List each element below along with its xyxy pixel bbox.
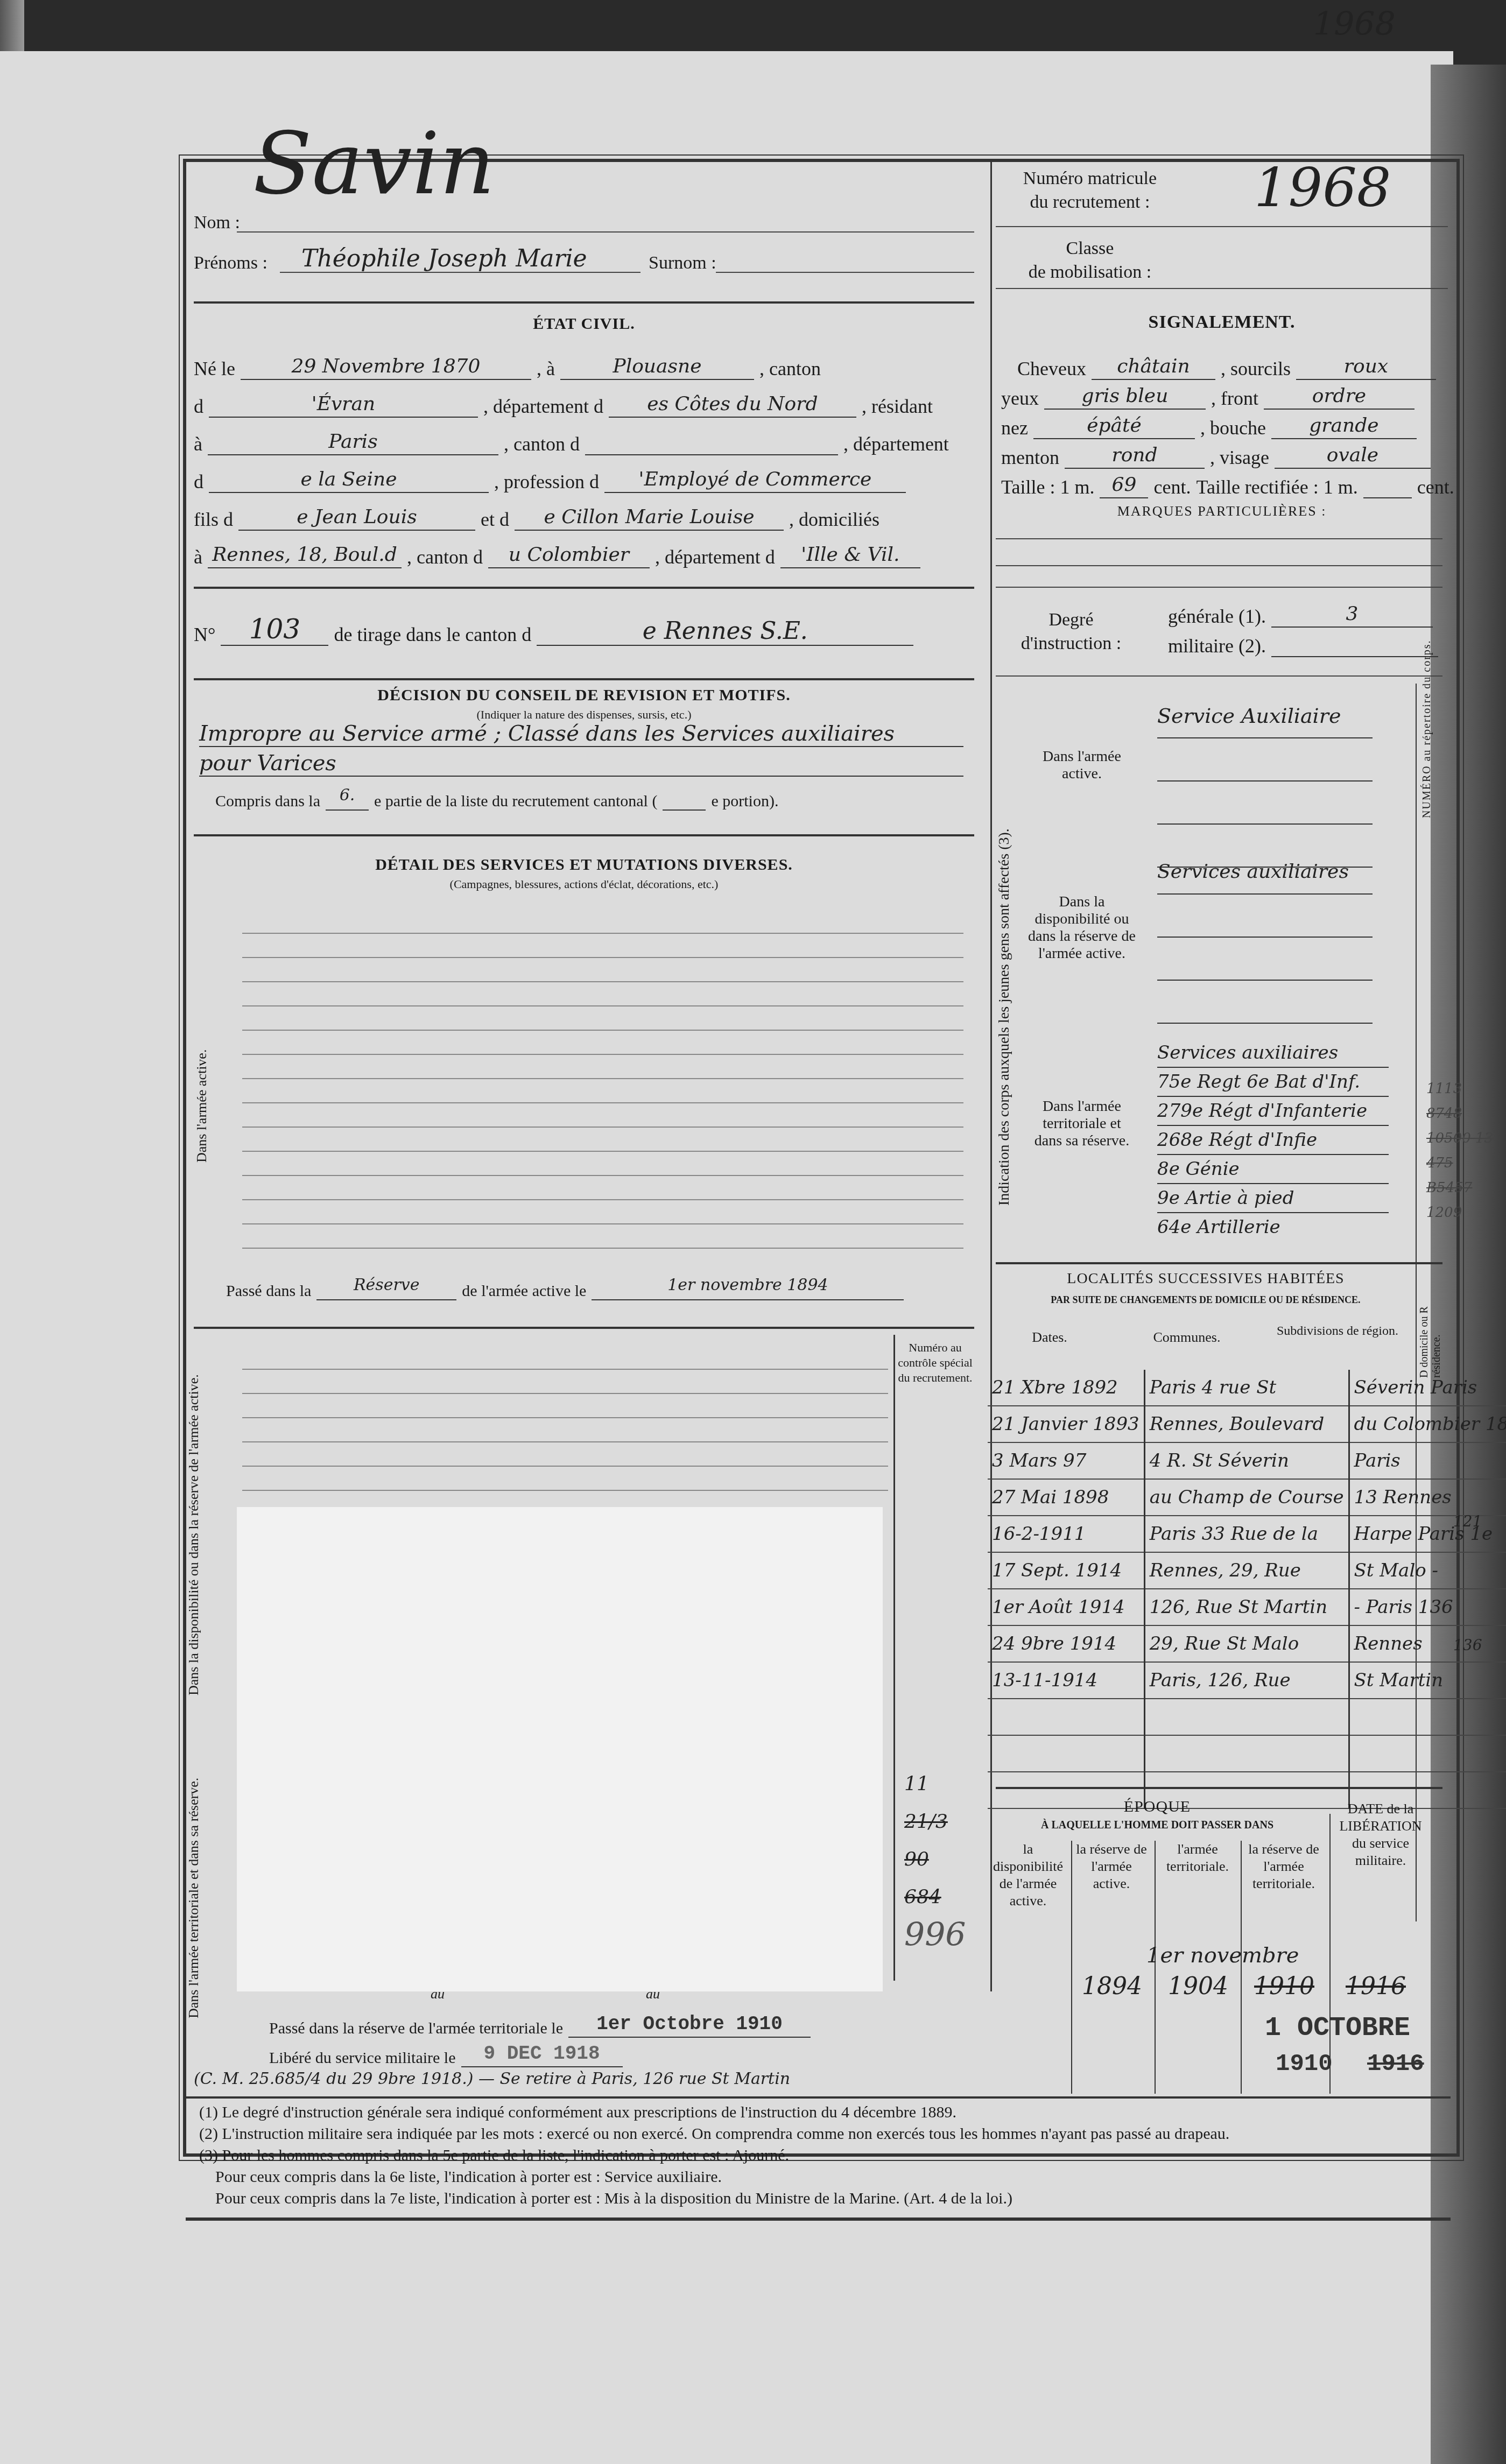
residence-departement: e la Seine <box>209 468 489 493</box>
tirage-no-label: N° <box>194 623 215 646</box>
col-header-dates: Dates. <box>988 1329 1111 1346</box>
margin-note-136: 136 <box>1453 1636 1482 1654</box>
corps-territoriale-entry: 279e Régt d'Infanterie <box>1157 1097 1389 1126</box>
matricule-label-2: du recrutement : <box>1009 191 1171 214</box>
table-row <box>988 1735 1506 1772</box>
footnote-3c: Pour ceux compris dans la 7e liste, l'in… <box>199 2188 1437 2209</box>
bouche-value: grande <box>1271 414 1417 439</box>
a-label: , à <box>537 357 555 380</box>
epoque-subtitle: À LAQUELLE L'HOMME DOIT PASSER DANS <box>996 1819 1319 1832</box>
localites-table: 21 Xbre 1892Paris 4 rue StSéverin ParisR… <box>988 1370 1506 1809</box>
footnote-3: (3) Pour les hommes compris dans la 5e p… <box>199 2145 1437 2166</box>
tirage-row: N° 103 de tirage dans le canton d e Renn… <box>194 614 913 646</box>
domicile-a-label: à <box>194 546 202 568</box>
corps-vertical-title: Indication des corps auxquels les jeunes… <box>996 828 1013 1206</box>
corps-territoriale-entry: 9e Artie à pied <box>1157 1184 1389 1213</box>
canton-row: d 'Évran , département d es Côtes du Nor… <box>194 393 933 418</box>
divider <box>194 301 974 304</box>
footnote-1: (1) Le degré d'instruction générale sera… <box>199 2102 1437 2123</box>
repertoire-value: 1209 <box>1426 1200 1493 1225</box>
cell-commune: 29, Rue St Malo <box>1144 1625 1349 1662</box>
taille-rectifiee-value <box>1363 474 1412 498</box>
repertoire-value: 475 <box>1426 1151 1493 1175</box>
partie-value: 6. <box>326 786 369 811</box>
corps-territoriale-label: Dans l'armée territoriale et dans sa rés… <box>1028 1098 1136 1150</box>
divider <box>996 288 1448 289</box>
epoque-col-dispo: la disponibilité de l'armée active. <box>988 1841 1068 1910</box>
localites-title: LOCALITÉS SUCCESSIVES HABITÉES <box>996 1270 1416 1287</box>
generale-label: générale (1). <box>1168 605 1266 628</box>
col-header-communes: Communes. <box>1111 1329 1262 1346</box>
detail-subtitle: (Campagnes, blessures, actions d'éclat, … <box>194 877 974 891</box>
table-row: 21 Janvier 1893Rennes, Boulevarddu Colom… <box>988 1406 1506 1442</box>
footnote-3b: Pour ceux compris dans la 6e liste, l'in… <box>199 2166 1437 2188</box>
corner-pencil-note: 1968 <box>1313 5 1396 43</box>
sourcils-value: roux <box>1296 355 1436 380</box>
epoque-col-territoriale: l'armée territoriale. <box>1157 1841 1238 1875</box>
passe-territoriale-label: Passé dans la réserve de l'armée territo… <box>269 2019 563 2038</box>
instruction-label: Degré d'instruction : <box>1017 608 1125 656</box>
cell-date: 13-11-1914 <box>988 1662 1144 1699</box>
menton-row: menton rond , visage ovale <box>1001 444 1431 469</box>
side-label-active: Dans l'armée active. <box>194 1050 210 1163</box>
visage-label: , visage <box>1210 446 1269 469</box>
corps-active-label: Dans l'armée active. <box>1028 748 1136 783</box>
nez-row: nez épâté , bouche grande <box>1001 414 1417 439</box>
epoque-col-reserve-territoriale: la réserve de l'armée territoriale. <box>1243 1841 1324 1892</box>
controle-value: 21/3 <box>904 1803 966 1841</box>
epoque-stamp-month: 1 OCTOBRE <box>1265 2013 1410 2044</box>
prenoms-line <box>280 272 641 273</box>
cheveux-label: Cheveux <box>1017 357 1086 380</box>
marques-line <box>996 538 1442 539</box>
col-header-domicile: D domicile ou R résidence. <box>1418 1270 1443 1378</box>
cell-date: 17 Sept. 1914 <box>988 1552 1144 1589</box>
table-row: 24 9bre 191429, Rue St MaloRennesR <box>988 1625 1506 1662</box>
cell-date: 3 Mars 97 <box>988 1442 1144 1479</box>
liberation-header: DATE de la LIBÉRATION du service militai… <box>1335 1800 1426 1869</box>
decision-title: DÉCISION DU CONSEIL DE REVISION ET MOTIF… <box>194 686 974 705</box>
matricule-label-1: Numéro matricule <box>1009 167 1171 191</box>
cell-commune: Paris 33 Rue de la <box>1144 1516 1349 1552</box>
libere-note: (C. M. 25.685/4 du 29 9bre 1918.) — Se r… <box>194 2069 974 2088</box>
divider <box>996 675 1442 677</box>
taille-row: Taille : 1 m. 69 cent. Taille rectifiée … <box>1001 474 1454 498</box>
controle-value: 684 <box>904 1878 966 1916</box>
matricule-value: 1968 <box>1254 156 1391 219</box>
bottom-border <box>186 2217 1451 2221</box>
yeux-label: yeux <box>1001 387 1039 410</box>
repertoire-value: B5457 <box>1426 1175 1493 1200</box>
detail-lines-active <box>242 910 963 1254</box>
yeux-row: yeux gris bleu , front ordre <box>1001 385 1414 410</box>
cell-subdivision: du Colombier 18. <box>1349 1406 1506 1442</box>
localites-subtitle: PAR SUITE DE CHANGEMENTS DE DOMICILE OU … <box>996 1294 1416 1306</box>
instruction-label-2: d'instruction : <box>1017 632 1125 656</box>
detail-title: DÉTAIL DES SERVICES ET MUTATIONS DIVERSE… <box>194 856 974 874</box>
marques-title: MARQUES PARTICULIÈRES : <box>1001 503 1442 519</box>
cell-commune: Rennes, 29, Rue <box>1144 1552 1349 1589</box>
cell-commune: 126, Rue St Martin <box>1144 1589 1349 1625</box>
father-name: e Jean Louis <box>238 506 475 531</box>
divider <box>186 2096 1451 2099</box>
cell-date: 21 Janvier 1893 <box>988 1406 1144 1442</box>
passe-prefix: Passé dans la <box>226 1282 311 1300</box>
passe-middle: de l'armée active le <box>462 1282 586 1300</box>
passe-value: Réserve <box>316 1276 456 1300</box>
decision-subtitle: (Indiquer la nature des dispenses, sursi… <box>194 708 974 722</box>
domicile-departement: 'Ille & Vil. <box>780 544 920 568</box>
ne-le-label: Né le <box>194 357 235 380</box>
compris-prefix: Compris dans la <box>215 792 320 811</box>
militaire-label: militaire (2). <box>1168 635 1266 657</box>
controle-divider <box>893 1335 895 1981</box>
surnom-line <box>716 272 974 273</box>
table-row: 16-2-1911Paris 33 Rue de laHarpe Paris 1… <box>988 1516 1506 1552</box>
divider <box>194 587 974 589</box>
cell-subdivision: St Malo - <box>1349 1552 1506 1589</box>
domicile-value: Rennes, 18, Boul.d <box>208 544 402 568</box>
classe-label: Classe de mobilisation : <box>1009 237 1171 284</box>
cell-subdivision: Séverin Paris <box>1349 1370 1506 1406</box>
generale-value: 3 <box>1271 603 1433 628</box>
tirage-number: 103 <box>221 614 328 646</box>
repertoire-value: 8748 <box>1426 1101 1493 1126</box>
departement-label: , département d <box>483 395 603 418</box>
epoque-stamp-1916: 1916 <box>1367 2051 1424 2078</box>
birth-place: Plouasne <box>560 355 754 380</box>
footnote-2: (2) L'instruction militaire sera indiqué… <box>199 2123 1437 2145</box>
taille-value: 69 <box>1100 474 1148 498</box>
classe-label-2: de mobilisation : <box>1009 261 1171 284</box>
divider <box>996 1262 1442 1264</box>
instruction-militaire: militaire (2). <box>1168 632 1438 657</box>
dept-prefix: d <box>194 470 203 493</box>
tirage-canton: e Rennes S.E. <box>537 617 913 646</box>
corps-active-entry: Service Auxiliaire <box>1157 694 1373 738</box>
corps-territoriale-entry: 64e Artillerie <box>1157 1213 1389 1241</box>
cheveux-row: Cheveux châtain , sourcils roux <box>1017 355 1436 380</box>
compris-row: Compris dans la 6. e partie de la liste … <box>215 786 778 811</box>
cell-subdivision: Rennes <box>1349 1625 1506 1662</box>
passe-territoriale-stamp: 1er Octobre 1910 <box>568 2013 811 2038</box>
nom-label: Nom : <box>194 213 240 233</box>
cell-subdivision: 13 Rennes <box>1349 1479 1506 1516</box>
cell-date: 27 Mai 1898 <box>988 1479 1144 1516</box>
cell-commune: 4 R. St Séverin <box>1144 1442 1349 1479</box>
corps-territoriale-entry: 75e Regt 6e Bat d'Inf. <box>1157 1068 1389 1097</box>
numero-repertoire-header: NUMÉRO au répertoire du corps. <box>1421 639 1433 818</box>
birth-canton: 'Évran <box>209 393 478 418</box>
residant-label: , résidant <box>862 395 933 418</box>
epoque-title: ÉPOQUE <box>996 1798 1319 1816</box>
residence-row: à Paris , canton d , département <box>194 431 949 455</box>
corps-territoriale-entry: Services auxiliaires <box>1157 1039 1389 1068</box>
divider <box>194 678 974 680</box>
controle-value: 11 <box>904 1765 966 1803</box>
cell-date: 24 9bre 1914 <box>988 1625 1144 1662</box>
divider <box>996 587 1442 588</box>
front-value: ordre <box>1264 385 1414 410</box>
prenoms-value: Théophile Joseph Marie <box>301 245 587 272</box>
libere-row: Libéré du service militaire le 9 DEC 191… <box>269 2043 623 2067</box>
birth-date: 29 Novembre 1870 <box>241 355 531 380</box>
controle-value: 90 <box>904 1841 966 1878</box>
corps-dispo-entry <box>1157 895 1373 938</box>
controle-values: 11 21/3 90 684 996 <box>904 1765 966 1954</box>
matricule-label: Numéro matricule du recrutement : <box>1009 167 1171 214</box>
divider <box>1071 1841 1072 2094</box>
table-row: 13-11-1914Paris, 126, RueSt MartinR <box>988 1662 1506 1699</box>
classe-label-1: Classe <box>1009 237 1171 261</box>
cell-date: 21 Xbre 1892 <box>988 1370 1144 1406</box>
cell-date: 16-2-1911 <box>988 1516 1144 1552</box>
libere-stamp: 9 DEC 1918 <box>461 2043 623 2067</box>
epoque-value-reserve-active: 1894 <box>1082 1973 1142 2000</box>
cell-subdivision: Paris <box>1349 1442 1506 1479</box>
fils-label: fils d <box>194 508 233 531</box>
corps-active-values: Service Auxiliaire <box>1157 694 1373 868</box>
portion-suffix: e portion). <box>711 792 778 811</box>
domicilies-label: , domiciliés <box>789 508 879 531</box>
canton-d-label: , canton d <box>504 433 580 455</box>
repertoire-value: 1113 <box>1426 1076 1493 1101</box>
cell-subdivision: - Paris 136 <box>1349 1589 1506 1625</box>
footnotes: (1) Le degré d'instruction générale sera… <box>199 2102 1437 2209</box>
epoque-value-reserve-territoriale: 1910 <box>1254 1973 1314 2000</box>
d-label: d <box>194 395 203 418</box>
cell-subdivision: St Martin <box>1349 1662 1506 1699</box>
taille-rectifiee-label: Taille rectifiée : 1 m. <box>1196 476 1357 498</box>
corps-active-entry <box>1157 738 1373 782</box>
passe-reserve-row: Passé dans la Réserve de l'armée active … <box>226 1276 904 1300</box>
residence-canton <box>585 431 838 455</box>
etat-civil-title: ÉTAT CIVIL. <box>194 315 974 333</box>
tirage-label: de tirage dans le canton d <box>334 623 531 646</box>
menton-value: rond <box>1065 444 1205 469</box>
repertoire-value: 10500 13 <box>1426 1126 1493 1151</box>
detail-lines-dispo <box>242 1346 888 1507</box>
departement2-label: , département <box>843 433 949 455</box>
repertoire-values: 1113 8748 10500 13 475 B5457 1209 <box>1426 1076 1493 1225</box>
corps-territoriale-entry: 268e Régt d'Infie <box>1157 1126 1389 1155</box>
corps-dispo-values: Services auxiliaires <box>1157 850 1373 1024</box>
residence-value: Paris <box>208 431 498 455</box>
cell-subdivision: Harpe Paris 1e <box>1349 1516 1506 1552</box>
birth-departement: es Côtes du Nord <box>609 393 856 418</box>
birth-row: Né le 29 Novembre 1870 , à Plouasne , ca… <box>194 355 821 380</box>
controle-value: 996 <box>904 1916 966 1954</box>
divider <box>194 834 974 836</box>
cell-date: 1er Août 1914 <box>988 1589 1144 1625</box>
yeux-value: gris bleu <box>1044 385 1206 410</box>
corps-active-entry <box>1157 782 1373 825</box>
profession-row: d e la Seine , profession d 'Employé de … <box>194 468 906 493</box>
corps-dispo-label: Dans la disponibilité ou dans la réserve… <box>1028 893 1136 962</box>
au-label: au <box>646 1986 660 2002</box>
cell-commune: Paris 4 rue St <box>1144 1370 1349 1406</box>
cent-label: cent. <box>1153 476 1191 498</box>
portion-value <box>663 786 706 811</box>
cell-commune: Rennes, Boulevard <box>1144 1406 1349 1442</box>
nez-value: épâté <box>1033 414 1195 439</box>
corps-dispo-entry <box>1157 938 1373 981</box>
et-d-label: et d <box>481 508 509 531</box>
corps-dispo-entry <box>1157 981 1373 1024</box>
divider <box>996 565 1442 566</box>
cell-commune: au Champ de Course <box>1144 1479 1349 1516</box>
epoque-value-liberation: 1916 <box>1346 1973 1406 2000</box>
divider <box>996 1787 1442 1789</box>
epoque-handwritten-day: 1er novembre <box>1146 1943 1299 1968</box>
cent-label-2: cent. <box>1417 476 1454 498</box>
domicile-canton: u Colombier <box>488 544 650 568</box>
residence-a-label: à <box>194 433 202 455</box>
departement3-label: , département d <box>655 546 775 568</box>
libere-label: Libéré du service militaire le <box>269 2049 456 2067</box>
instruction-label-1: Degré <box>1017 608 1125 632</box>
parents-row: fils d e Jean Louis et d e Cillon Marie … <box>194 506 879 531</box>
epoque-col-reserve-active: la réserve de l'armée active. <box>1071 1841 1152 1892</box>
visage-value: ovale <box>1275 444 1431 469</box>
domicile-row: à Rennes, 18, Boul.d , canton d u Colomb… <box>194 544 920 568</box>
surnom-label: Surnom : <box>649 253 716 273</box>
profession-label: , profession d <box>494 470 599 493</box>
sourcils-label: , sourcils <box>1221 357 1291 380</box>
instruction-generale: générale (1). 3 <box>1168 603 1433 628</box>
decision-line-1: Impropre au Service armé ; Classé dans l… <box>199 721 963 747</box>
menton-label: menton <box>1001 446 1059 469</box>
table-row: 3 Mars 974 R. St SéverinParisR. <box>988 1442 1506 1479</box>
cell-commune: Paris, 126, Rue <box>1144 1662 1349 1699</box>
taille-label: Taille : 1 m. <box>1001 476 1094 498</box>
cheveux-value: châtain <box>1092 355 1215 380</box>
corps-territoriale-values: Services auxiliaires 75e Regt 6e Bat d'I… <box>1157 1039 1389 1241</box>
surname-value: Savin <box>253 113 495 214</box>
epoque-value-territoriale: 1904 <box>1168 1973 1228 2000</box>
passe-date: 1er novembre 1894 <box>592 1276 904 1300</box>
divider <box>194 1327 974 1329</box>
table-row <box>988 1699 1506 1735</box>
table-row: 21 Xbre 1892Paris 4 rue StSéverin ParisR… <box>988 1370 1506 1406</box>
numero-controle-header: Numéro au contrôle spécial du recrutemen… <box>896 1340 974 1385</box>
mother-name: e Cillon Marie Louise <box>515 506 784 531</box>
corps-dispo-entry: Services auxiliaires <box>1157 850 1373 895</box>
side-label-dispo: Dans la disponibilité ou dans la réserve… <box>186 1394 202 1695</box>
table-row: 17 Sept. 1914Rennes, 29, RueSt Malo -R. <box>988 1552 1506 1589</box>
side-label-territoriale: Dans l'armée territoriale et dans sa rés… <box>186 1778 202 2018</box>
compris-suffix: e partie de la liste du recrutement cant… <box>374 792 657 811</box>
margin-note-121: 121 <box>1453 1512 1482 1530</box>
epoque-stamp-1910: 1910 <box>1276 2051 1333 2078</box>
signalement-title: SIGNALEMENT. <box>1001 312 1442 333</box>
corps-territoriale-entry: 8e Génie <box>1157 1155 1389 1184</box>
blank-paper-patch <box>237 1507 883 1991</box>
canton3-label: , canton d <box>407 546 483 568</box>
col-header-subdivisions: Subdivisions de région. <box>1262 1324 1413 1339</box>
table-row: 27 Mai 1898au Champ de Course13 RennesR. <box>988 1479 1506 1516</box>
front-label: , front <box>1211 387 1258 410</box>
canton-label: , canton <box>759 357 821 380</box>
table-row: 1er Août 1914126, Rue St Martin- Paris 1… <box>988 1589 1506 1625</box>
prenoms-label: Prénoms : <box>194 253 268 273</box>
nom-line <box>237 231 974 233</box>
passe-territoriale-row: Passé dans la réserve de l'armée territo… <box>269 2013 811 2038</box>
divider <box>996 226 1448 227</box>
nez-label: nez <box>1001 417 1028 439</box>
decision-line-2: pour Varices <box>199 751 963 777</box>
militaire-value <box>1271 632 1438 657</box>
bouche-label: , bouche <box>1200 417 1266 439</box>
au-label: au <box>431 1986 445 2002</box>
profession-value: 'Employé de Commerce <box>604 468 906 493</box>
